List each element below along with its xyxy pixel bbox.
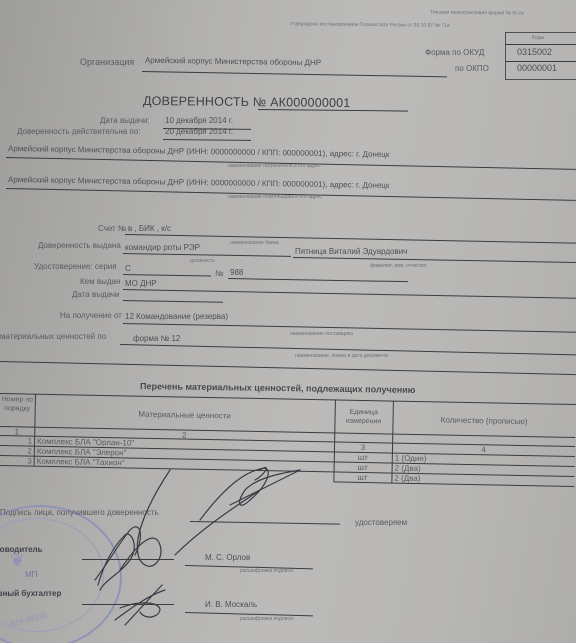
handwritten-signatures (0, 0, 576, 643)
